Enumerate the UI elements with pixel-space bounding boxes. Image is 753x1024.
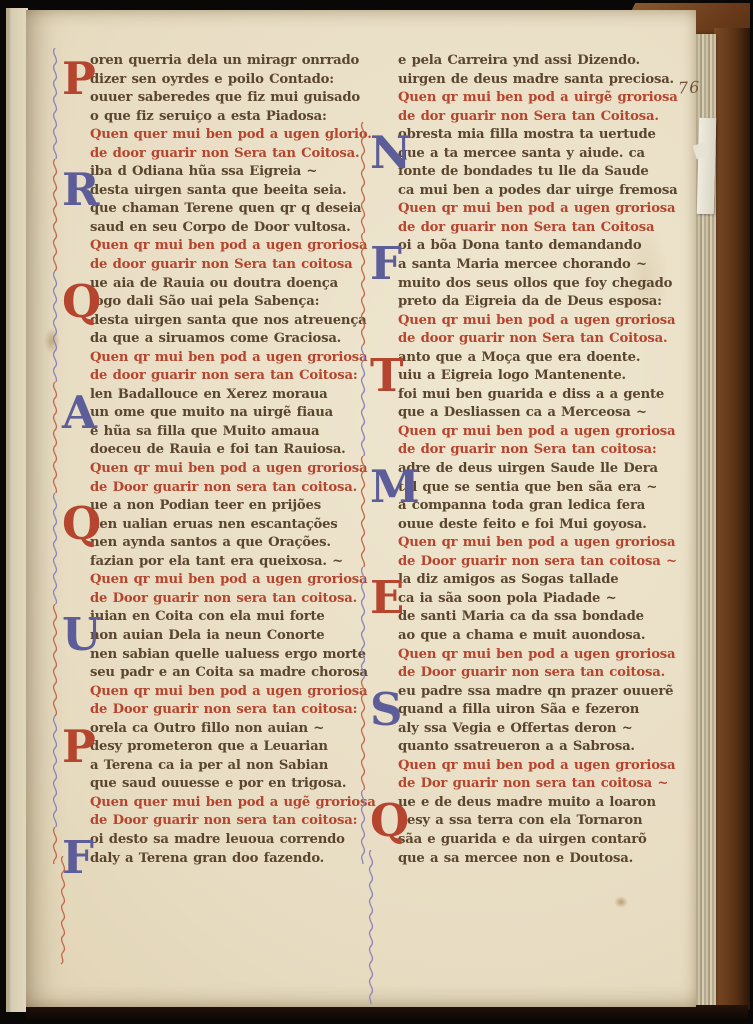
stanza-initial: R (62, 164, 88, 216)
stanza-initial: U (62, 609, 88, 661)
verse-line: que a ta mercee santa y aiude. ca (398, 145, 644, 164)
verse-line: ue e de deus madre muito a loaron (398, 794, 644, 813)
verse-line: nen ualian eruas nen escantações (90, 516, 348, 535)
verse-line: doeceu de Rauia e foi tan Rauiosa. (90, 441, 348, 460)
refrain-line: Quen qr mui ben pod a ugen groriosa (398, 423, 644, 442)
verse-line: que a Desliassen ca a Merceosa ~ (398, 404, 644, 423)
verse-line: fonte de bondades tu lle da Saude (398, 163, 644, 182)
verse-line: iba d Odiana hũa ssa Eigreia ~ (90, 163, 348, 182)
stanza: T anto que a Moça que era doente.uiu a E… (398, 349, 644, 460)
pen-flourish (48, 827, 62, 864)
verse-line: uirgen de deus madre santa preciosa. (398, 71, 644, 90)
refrain-line: de Dor guarir non sera tan coitosa ~ (398, 775, 644, 794)
verse-line: daly a Terena gran doo fazendo. (90, 850, 348, 869)
stanza: R iba d Odiana hũa ssa Eigreia ~desta ui… (90, 163, 348, 274)
verse-line: anto que a Moça que era doente. (398, 349, 644, 368)
pen-flourish (48, 604, 62, 715)
verse-line: preto da Eigreia da de Deus esposa: (398, 293, 644, 312)
stanza-initial: N (370, 127, 396, 179)
refrain-line: de dor guarir non Sera tan Coitosa (398, 219, 644, 238)
parchment-stain (614, 896, 628, 908)
refrain-line: de Door guarir non sera tan coitosa. (90, 479, 348, 498)
verse-line: que chaman Terene quen qr q deseia (90, 200, 348, 219)
verse-line: ue aia de Rauia ou doutra doença (90, 275, 348, 294)
verse-line: ca ia sãa soon pola Piadade ~ (398, 590, 644, 609)
verse-line: logo dali São uai pela Sabença: (90, 293, 348, 312)
refrain-line: Quen qr mui ben pod a uirgẽ groriosa (398, 89, 644, 108)
verse-line: foi mui ben guarida e diss a a gente (398, 386, 644, 405)
stanza-initial: P (62, 721, 88, 773)
stanza-initial: S (370, 684, 396, 736)
verse-line: fazian por ela tant era queixosa. ~ (90, 553, 348, 572)
pen-flourish (48, 48, 62, 159)
refrain-line: Quen qr mui ben pod a ugen groriosa (90, 460, 348, 479)
refrain-line: de Door guarir non sera tan coitosa: (90, 701, 348, 720)
pen-flourish (48, 716, 62, 827)
stanza: P orela ca Outro fillo non auian ~desy p… (90, 720, 348, 831)
pen-flourish (364, 850, 378, 1004)
stanza-initial: M (370, 461, 396, 513)
verse-line: iuian en Coita con ela mui forte (90, 608, 348, 627)
stanza: e pela Carreira ynd assi Dizendo.uirgen … (398, 52, 644, 126)
verse-line: orela ca Outro fillo non auian ~ (90, 720, 348, 739)
refrain-line: de Door guarir non sera tan coitosa ~ (398, 553, 644, 572)
stanza: M adre de deus uirgen Saude lle Deratal … (398, 460, 644, 571)
refrain-line: de Door guarir non sera tan coitosa. (90, 590, 348, 609)
verse-line: que saud ouuesse e por en trigosa. (90, 775, 348, 794)
verse-line: a companna toda gran ledica fera (398, 497, 644, 516)
stanza-initial: E (370, 572, 396, 624)
stanza-initial: Q (62, 276, 88, 328)
refrain-line: de door guarir non Sera tan Coitosa. (90, 145, 348, 164)
stanza-initial: Q (62, 498, 88, 550)
verse-line: adre de deus uirgen Saude lle Dera (398, 460, 644, 479)
text-column-left: P oren querria dela un miragr onrradodiz… (90, 52, 348, 868)
verse-line: desta uirgen santa que nos atreuença (90, 312, 348, 331)
verse-line: oren querria dela un miragr onrrado (90, 52, 348, 71)
text-column-right: e pela Carreira ynd assi Dizendo.uirgen … (398, 52, 644, 868)
verse-line: len Badallouce en Xerez moraua (90, 386, 348, 405)
folio-number: 76 (678, 77, 701, 97)
verse-line: eu padre ssa madre qn prazer ouuerẽ (398, 683, 644, 702)
stanza-initial: A (62, 387, 88, 439)
stanza: P oren querria dela un miragr onrradodiz… (90, 52, 348, 163)
refrain-line: Quen qr mui ben pod a ugen groriosa (398, 200, 644, 219)
refrain-line: de dor guarir non Sera tan coitosa: (398, 441, 644, 460)
verse-line: ouuer saberedes que fiz mui guisado (90, 89, 348, 108)
verse-line: ouue deste feito e foi Mui goyosa. (398, 516, 644, 535)
verse-line: uiu a Eigreia logo Mantenente. (398, 367, 644, 386)
refrain-line: Quen qr mui ben pod a ugen groriosa (90, 237, 348, 256)
verse-line: muito dos seus ollos que foy chegado (398, 275, 644, 294)
refrain-line: Quen qr mui ben pod a ugen groriosa (90, 349, 348, 368)
refrain-line: de dor guarir non Sera tan Coitosa. (398, 108, 644, 127)
refrain-line: Quen qr mui ben pod a ugen groriosa (90, 683, 348, 702)
refrain-line: Quen qr mui ben pod a ugen groriosa (398, 757, 644, 776)
verse-line: non auian Dela ia neun Conorte (90, 627, 348, 646)
stanza: N obresta mia filla mostra ta uertudeque… (398, 126, 644, 237)
verse-line: seu padr e an Coita sa madre chorosa (90, 664, 348, 683)
refrain-line: de Door guarir non sera tan coitosa. (398, 664, 644, 683)
verse-line: saud en seu Corpo de Door vultosa. (90, 219, 348, 238)
verse-line: aly ssa Vegia e Offertas deron ~ (398, 720, 644, 739)
left-page-edge (3, 8, 28, 1012)
manuscript-page: 76 P oren querria dela un miragr onrrado… (26, 10, 696, 1007)
verse-line: quanto ssatreueron a a Sabrosa. (398, 738, 644, 757)
refrain-line: Quen quer mui ben pod a ugen glorio. (90, 126, 348, 145)
refrain-line: de door guarir non sera tan Coitosa: (90, 367, 348, 386)
verse-line: e pela Carreira ynd assi Dizendo. (398, 52, 644, 71)
refrain-line: Quen qr mui ben pod a ugen groriosa (398, 646, 644, 665)
verse-line: sãa e guarida e da uirgen contarõ (398, 831, 644, 850)
stanza-initial: F (370, 238, 396, 290)
book-cover-edge-right (714, 28, 750, 1010)
stanza: F oi a bõa Dona tanto demandandoa santa … (398, 237, 644, 348)
verse-line: dizer sen oyrdes e poilo Contado: (90, 71, 348, 90)
verse-line: tal que se sentia que ben sãa era ~ (398, 479, 644, 498)
stanza-initial: T (370, 350, 396, 402)
verse-line: desta uirgen santa que beeita seia. (90, 182, 348, 201)
refrain-line: Quen qr mui ben pod a ugen groriosa (90, 571, 348, 590)
verse-line: quand a filla uiron Sãa e fezeron (398, 701, 644, 720)
refrain-line: Quen quer mui ben pod a ugẽ groriosa (90, 794, 348, 813)
verse-line: e hũa sa filla que Muito amaua (90, 423, 348, 442)
stanza-initial: Q (370, 795, 396, 847)
verse-line: nen sabian quelle ualuess ergo morte (90, 646, 348, 665)
stanza: Q ue aia de Rauia ou doutra doençalogo d… (90, 275, 348, 386)
refrain-line: de door guarir non Sera tan coitosa (90, 256, 348, 275)
refrain-line: de Door guarir non sera tan coitosa: (90, 812, 348, 831)
stanza-initial: P (62, 53, 88, 105)
verse-line: ue a non Podian teer en prijões (90, 497, 348, 516)
stanza-initial: F (62, 832, 88, 884)
verse-line: obresta mia filla mostra ta uertude (398, 126, 644, 145)
pen-flourish (48, 159, 62, 270)
verse-line: a Terena ca ia per al non Sabian (90, 757, 348, 776)
verse-line: de santi Maria ca da ssa bondade (398, 608, 644, 627)
verse-line: desy a ssa terra con ela Tornaron (398, 812, 644, 831)
bookmark-tab (697, 118, 717, 214)
verse-line: a santa Maria mercee chorando ~ (398, 256, 644, 275)
refrain-line: de door guarir non Sera tan Coitosa. (398, 330, 644, 349)
stanza: U iuian en Coita con ela mui fortenon au… (90, 608, 348, 719)
verse-line: desy prometeron que a Leuarian (90, 738, 348, 757)
verse-line: da que a siruamos come Graciosa. (90, 330, 348, 349)
pen-flourish (48, 271, 62, 382)
pen-flourish (48, 493, 62, 604)
stanza: Q ue e de deus madre muito a loarondesy … (398, 794, 644, 868)
pen-flourish (48, 382, 62, 493)
verse-line: o que fiz seruiço a esta Piadosa: (90, 108, 348, 127)
verse-line: la diz amigos as Sogas tallade (398, 571, 644, 590)
verse-line: oi a bõa Dona tanto demandando (398, 237, 644, 256)
parchment-stain (44, 328, 60, 354)
verse-line: nen aynda santos a que Orações. (90, 534, 348, 553)
book-cover-edge-bottom (26, 1005, 748, 1020)
stanza: S eu padre ssa madre qn prazer ouuerẽqua… (398, 683, 644, 794)
verse-line: ca mui ben a podes dar uirge fremosa (398, 182, 644, 201)
stanza: E la diz amigos as Sogas talladeca ia sã… (398, 571, 644, 682)
verse-line: que a sa mercee non e Doutosa. (398, 850, 644, 869)
verse-line: un ome que muito na uirgẽ fiaua (90, 404, 348, 423)
refrain-line: Quen qr mui ben pod a ugen groriosa (398, 534, 644, 553)
stanza: A len Badallouce en Xerez morauaun ome q… (90, 386, 348, 497)
verse-line: ao que a chama e muit auondosa. (398, 627, 644, 646)
stanza: Q ue a non Podian teer en prijõesnen ual… (90, 497, 348, 608)
refrain-line: Quen qr mui ben pod a ugen groriosa (398, 312, 644, 331)
verse-line: oi desto sa madre leuoua correndo (90, 831, 348, 850)
stanza: F oi desto sa madre leuoua correndodaly … (90, 831, 348, 868)
